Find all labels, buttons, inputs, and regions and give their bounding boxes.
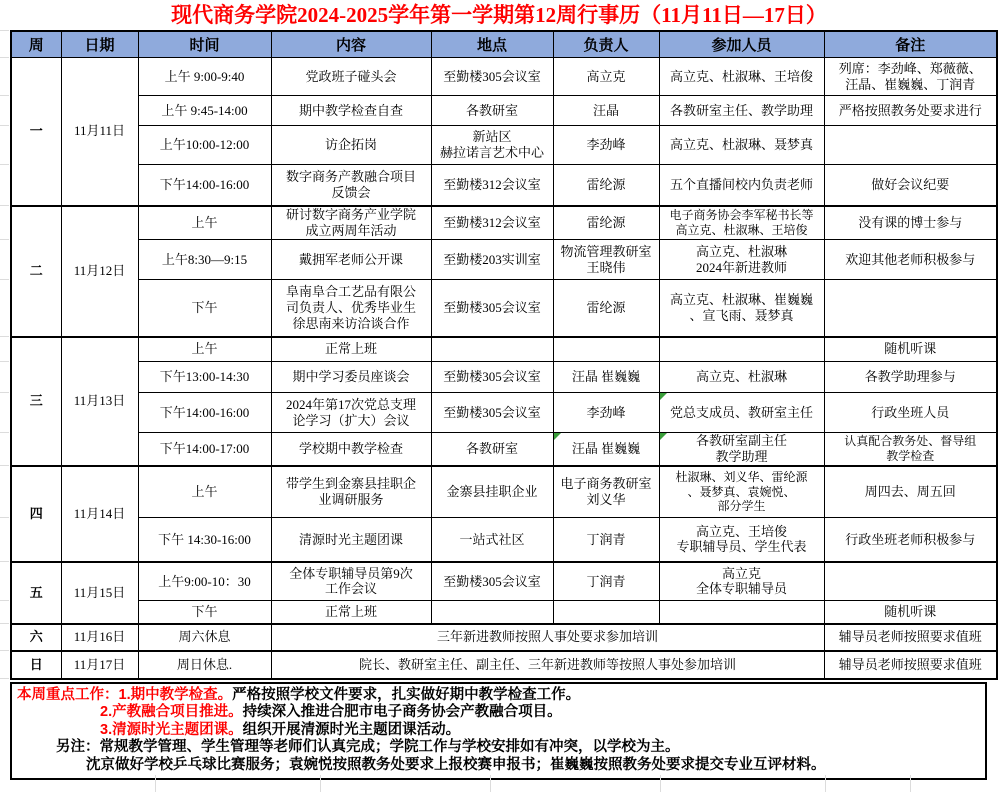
cell-participants[interactable]: 电子商务协会李军秘书长等 高立克、杜淑琳、王培俊	[659, 206, 824, 240]
header-content[interactable]: 内容	[271, 31, 431, 58]
cell-week-mon[interactable]: 一	[11, 58, 61, 206]
cell-date-tue[interactable]: 11月12日	[61, 206, 138, 337]
cell-content[interactable]: 党政班子碰头会	[271, 58, 431, 96]
cell-owner[interactable]: 丁润青	[553, 562, 659, 601]
cell-location[interactable]: 各教研室	[431, 96, 553, 126]
cell-remark[interactable]: 辅导员老师按照要求值班	[824, 624, 997, 651]
cell-remark[interactable]: 随机听课	[824, 337, 997, 362]
notes-line-3-text: 组织开展清源时光主题团课活动。	[243, 722, 461, 738]
cell-participants[interactable]: 高立克、杜淑琳、聂梦真	[659, 126, 824, 165]
cell-owner[interactable]: 雷纶源	[553, 280, 659, 337]
cell-content[interactable]: 数字商务产教融合项目 反馈会	[271, 165, 431, 206]
header-row: 周 日期 时间 内容 地点 负责人 参加人员 备注	[11, 31, 997, 58]
cell-owner[interactable]: 雷纶源	[553, 206, 659, 240]
notes-line-4: 另注：常规教学管理、学生管理等老师们认真完成；学院工作与学校安排如有冲突，以学校…	[12, 739, 985, 757]
cell-owner[interactable]: 汪晶	[553, 96, 659, 126]
header-owner[interactable]: 负责人	[553, 31, 659, 58]
notes-line-1: 本周重点工作：1.期中教学检查。严格按照学校文件要求，扎实做好期中教学检查工作。	[12, 687, 985, 705]
spreadsheet-bottom-gridlines	[0, 775, 998, 792]
notes-line-5: 沈京做好学校乒乓球比赛服务；袁婉悦按照教务处要求上报校赛申报书；崔巍巍按照教务处…	[12, 757, 985, 775]
cell-participants[interactable]: 各教研室主任、教学助理	[659, 96, 824, 126]
cell-owner[interactable]: 雷纶源	[553, 165, 659, 206]
cell-participants[interactable]: 各教研室副主任 教学助理	[659, 433, 824, 466]
cell-time[interactable]: 周六休息	[138, 624, 271, 651]
page-title: 现代商务学院2024-2025学年第一学期第12周行事历（11月11日—17日）	[0, 0, 998, 30]
cell-owner[interactable]: 李劲峰	[553, 393, 659, 433]
cell-location[interactable]: 新站区 赫拉诺言艺术中心	[431, 126, 553, 165]
cell-date-fri[interactable]: 11月15日	[61, 562, 138, 624]
weekly-notes: 本周重点工作：1.期中教学检查。严格按照学校文件要求，扎实做好期中教学检查工作。…	[10, 682, 987, 781]
cell-remark[interactable]: 行政坐班老师积极参与	[824, 518, 997, 562]
schedule-table: 周 日期 时间 内容 地点 负责人 参加人员 备注 一 11月11日 上午 9:…	[10, 30, 998, 680]
comment-marker-icon	[660, 393, 667, 400]
cell-date-sun[interactable]: 11月17日	[61, 651, 138, 679]
cell-week-sat[interactable]: 六	[11, 624, 61, 651]
table-row: 六 11月16日 周六休息 三年新进教师按照人事处要求参加培训 辅导员老师按照要…	[11, 624, 997, 651]
cell-participants[interactable]: 高立克 全体专职辅导员	[659, 562, 824, 601]
table-row: 三 11月13日 上午 正常上班 随机听课	[11, 337, 997, 362]
cell-time[interactable]: 上午8:30—9:15	[138, 240, 271, 280]
cell-time[interactable]: 上午	[138, 466, 271, 518]
cell-participants[interactable]: 杜淑琳、刘义华、雷纶源 、聂梦真、袁婉悦、 部分学生	[659, 466, 824, 518]
cell-owner[interactable]	[553, 601, 659, 624]
cell-time[interactable]: 下午	[138, 280, 271, 337]
cell-content[interactable]: 学校期中教学检查	[271, 433, 431, 466]
cell-week-fri[interactable]: 五	[11, 562, 61, 624]
cell-owner[interactable]: 物流管理教研室 王晓伟	[553, 240, 659, 280]
cell-date-mon[interactable]: 11月11日	[61, 58, 138, 206]
header-time[interactable]: 时间	[138, 31, 271, 58]
cell-remark[interactable]: 行政坐班人员	[824, 393, 997, 433]
cell-content[interactable]: 期中教学检查自查	[271, 96, 431, 126]
table-row: 日 11月17日 周日休息. 院长、教研室主任、副主任、三年新进教师等按照人事处…	[11, 651, 997, 679]
cell-time[interactable]: 上午 9:00-9:40	[138, 58, 271, 96]
cell-time[interactable]: 周日休息.	[138, 651, 271, 679]
table-row: 上午10:00-12:00 访企拓岗 新站区 赫拉诺言艺术中心 李劲峰 高立克、…	[11, 126, 997, 165]
cell-remark[interactable]	[824, 562, 997, 601]
cell-remark[interactable]: 辅导员老师按照要求值班	[824, 651, 997, 679]
cell-content[interactable]: 带学生到金寨县挂职企 业调研服务	[271, 466, 431, 518]
cell-participants[interactable]: 高立克、杜淑琳 2024年新进教师	[659, 240, 824, 280]
cell-participants[interactable]: 党总支成员、教研室主任	[659, 393, 824, 433]
cell-remark[interactable]: 严格按照教务处要求进行	[824, 96, 997, 126]
table-row: 二 11月12日 上午 研讨数字商务产业学院 成立两周年活动 至勤楼312会议室…	[11, 206, 997, 240]
cell-remark[interactable]: 做好会议纪要	[824, 165, 997, 206]
cell-owner[interactable]: 李劲峰	[553, 126, 659, 165]
cell-owner[interactable]: 丁润青	[553, 518, 659, 562]
header-participants[interactable]: 参加人员	[659, 31, 824, 58]
cell-location[interactable]: 至勤楼312会议室	[431, 206, 553, 240]
cell-time[interactable]: 上午	[138, 206, 271, 240]
cell-owner[interactable]: 电子商务教研室 刘义华	[553, 466, 659, 518]
table-row: 一 11月11日 上午 9:00-9:40 党政班子碰头会 至勤楼305会议室 …	[11, 58, 997, 96]
cell-remark[interactable]: 各教学助理参与	[824, 362, 997, 393]
cell-remark[interactable]	[824, 126, 997, 165]
table-row: 下午 正常上班 随机听课	[11, 601, 997, 624]
comment-marker-icon	[660, 433, 667, 440]
cell-participants[interactable]: 高立克、王培俊 专职辅导员、学生代表	[659, 518, 824, 562]
cell-time[interactable]: 上午9:00-10：30	[138, 562, 271, 601]
notes-line-2: 2.产教融合项目推进。持续深入推进合肥市电子商务协会产教融合项目。	[12, 704, 985, 722]
cell-date-thu[interactable]: 11月14日	[61, 466, 138, 562]
cell-participants[interactable]	[659, 601, 824, 624]
cell-content[interactable]: 期中学习委员座谈会	[271, 362, 431, 393]
cell-content[interactable]: 全体专职辅导员第9次 工作会议	[271, 562, 431, 601]
cell-location[interactable]: 一站式社区	[431, 518, 553, 562]
cell-remark[interactable]: 随机听课	[824, 601, 997, 624]
table-row: 上午8:30—9:15 戴拥军老师公开课 至勤楼203实训室 物流管理教研室 王…	[11, 240, 997, 280]
cell-week-wed[interactable]: 三	[11, 337, 61, 466]
table-row: 四 11月14日 上午 带学生到金寨县挂职企 业调研服务 金寨县挂职企业 电子商…	[11, 466, 997, 518]
cell-time[interactable]: 上午	[138, 337, 271, 362]
table-row: 下午 阜南阜合工艺品有限公 司负责人、优秀毕业生 徐思南来访洽谈合作 至勤楼30…	[11, 280, 997, 337]
cell-merged-activity[interactable]: 三年新进教师按照人事处要求参加培训	[271, 624, 824, 651]
cell-remark[interactable]: 周四去、周五回	[824, 466, 997, 518]
cell-time[interactable]: 下午 14:30-16:00	[138, 518, 271, 562]
cell-remark[interactable]: 没有课的博士参与	[824, 206, 997, 240]
cell-time[interactable]: 上午 9:45-14:00	[138, 96, 271, 126]
cell-remark[interactable]: 列席：李劲峰、郑薇薇、 汪晶、崔巍巍、丁润青	[824, 58, 997, 96]
cell-participants[interactable]: 五个直播间校内负责老师	[659, 165, 824, 206]
cell-week-sun[interactable]: 日	[11, 651, 61, 679]
table-row: 下午14:00-16:00 2024年第17次党总支理 论学习（扩大）会议 至勤…	[11, 393, 997, 433]
header-remark[interactable]: 备注	[824, 31, 997, 58]
cell-week-thu[interactable]: 四	[11, 466, 61, 562]
cell-owner[interactable]	[553, 337, 659, 362]
cell-time[interactable]: 下午14:00-16:00	[138, 393, 271, 433]
cell-content[interactable]: 戴拥军老师公开课	[271, 240, 431, 280]
header-location[interactable]: 地点	[431, 31, 553, 58]
notes-line-2-text: 持续深入推进合肥市电子商务协会产教融合项目。	[243, 704, 562, 720]
cell-week-tue[interactable]: 二	[11, 206, 61, 337]
cell-owner[interactable]: 汪晶 崔巍巍	[553, 433, 659, 466]
cell-time[interactable]: 下午14:00-17:00	[138, 433, 271, 466]
cell-content[interactable]: 2024年第17次党总支理 论学习（扩大）会议	[271, 393, 431, 433]
cell-time[interactable]: 下午	[138, 601, 271, 624]
cell-content[interactable]: 研讨数字商务产业学院 成立两周年活动	[271, 206, 431, 240]
cell-content[interactable]: 正常上班	[271, 601, 431, 624]
notes-line-1-highlight: 本周重点工作：1.期中教学检查。	[17, 687, 232, 703]
cell-location[interactable]: 至勤楼305会议室	[431, 280, 553, 337]
cell-participants[interactable]: 高立克、杜淑琳	[659, 362, 824, 393]
cell-merged-activity[interactable]: 院长、教研室主任、副主任、三年新进教师等按照人事处参加培训	[271, 651, 824, 679]
notes-line-2-highlight: 2.产教融合项目推进。	[100, 704, 243, 720]
cell-location[interactable]	[431, 337, 553, 362]
cell-location[interactable]: 至勤楼203实训室	[431, 240, 553, 280]
cell-remark[interactable]: 认真配合教务处、督导组 教学检查	[824, 433, 997, 466]
cell-location[interactable]: 至勤楼312会议室	[431, 165, 553, 206]
table-row: 下午 14:30-16:00 清源时光主题团课 一站式社区 丁润青 高立克、王培…	[11, 518, 997, 562]
notes-line-3-highlight: 3.清源时光主题团课。	[100, 722, 243, 738]
cell-date-sat[interactable]: 11月16日	[61, 624, 138, 651]
notes-line-3: 3.清源时光主题团课。组织开展清源时光主题团课活动。	[12, 722, 985, 740]
table-row: 五 11月15日 上午9:00-10：30 全体专职辅导员第9次 工作会议 至勤…	[11, 562, 997, 601]
cell-owner[interactable]: 高立克	[553, 58, 659, 96]
comment-marker-icon	[554, 433, 561, 440]
spreadsheet-margin-gridlines	[0, 0, 10, 792]
cell-participants[interactable]	[659, 337, 824, 362]
cell-location[interactable]	[431, 601, 553, 624]
cell-date-wed[interactable]: 11月13日	[61, 337, 138, 466]
table-row: 下午14:00-16:00 数字商务产教融合项目 反馈会 至勤楼312会议室 雷…	[11, 165, 997, 206]
cell-remark[interactable]: 欢迎其他老师积极参与	[824, 240, 997, 280]
cell-location[interactable]: 至勤楼305会议室	[431, 562, 553, 601]
cell-location[interactable]: 至勤楼305会议室	[431, 58, 553, 96]
cell-time[interactable]: 下午13:00-14:30	[138, 362, 271, 393]
cell-owner[interactable]: 汪晶 崔巍巍	[553, 362, 659, 393]
cell-remark[interactable]	[824, 280, 997, 337]
cell-content[interactable]: 清源时光主题团课	[271, 518, 431, 562]
cell-location[interactable]: 各教研室	[431, 433, 553, 466]
cell-time[interactable]: 上午10:00-12:00	[138, 126, 271, 165]
cell-location[interactable]: 至勤楼305会议室	[431, 362, 553, 393]
notes-line-1-text: 严格按照学校文件要求，扎实做好期中教学检查工作。	[232, 687, 580, 703]
cell-participants[interactable]: 高立克、杜淑琳、崔巍巍 、宣飞雨、聂梦真	[659, 280, 824, 337]
header-date[interactable]: 日期	[61, 31, 138, 58]
table-row: 上午 9:45-14:00 期中教学检查自查 各教研室 汪晶 各教研室主任、教学…	[11, 96, 997, 126]
cell-content[interactable]: 阜南阜合工艺品有限公 司负责人、优秀毕业生 徐思南来访洽谈合作	[271, 280, 431, 337]
cell-content[interactable]: 正常上班	[271, 337, 431, 362]
cell-location[interactable]: 至勤楼305会议室	[431, 393, 553, 433]
cell-time[interactable]: 下午14:00-16:00	[138, 165, 271, 206]
cell-location[interactable]: 金寨县挂职企业	[431, 466, 553, 518]
cell-content[interactable]: 访企拓岗	[271, 126, 431, 165]
cell-participants[interactable]: 高立克、杜淑琳、王培俊	[659, 58, 824, 96]
table-row: 下午13:00-14:30 期中学习委员座谈会 至勤楼305会议室 汪晶 崔巍巍…	[11, 362, 997, 393]
header-week[interactable]: 周	[11, 31, 61, 58]
table-row: 下午14:00-17:00 学校期中教学检查 各教研室 汪晶 崔巍巍 各教研室副…	[11, 433, 997, 466]
